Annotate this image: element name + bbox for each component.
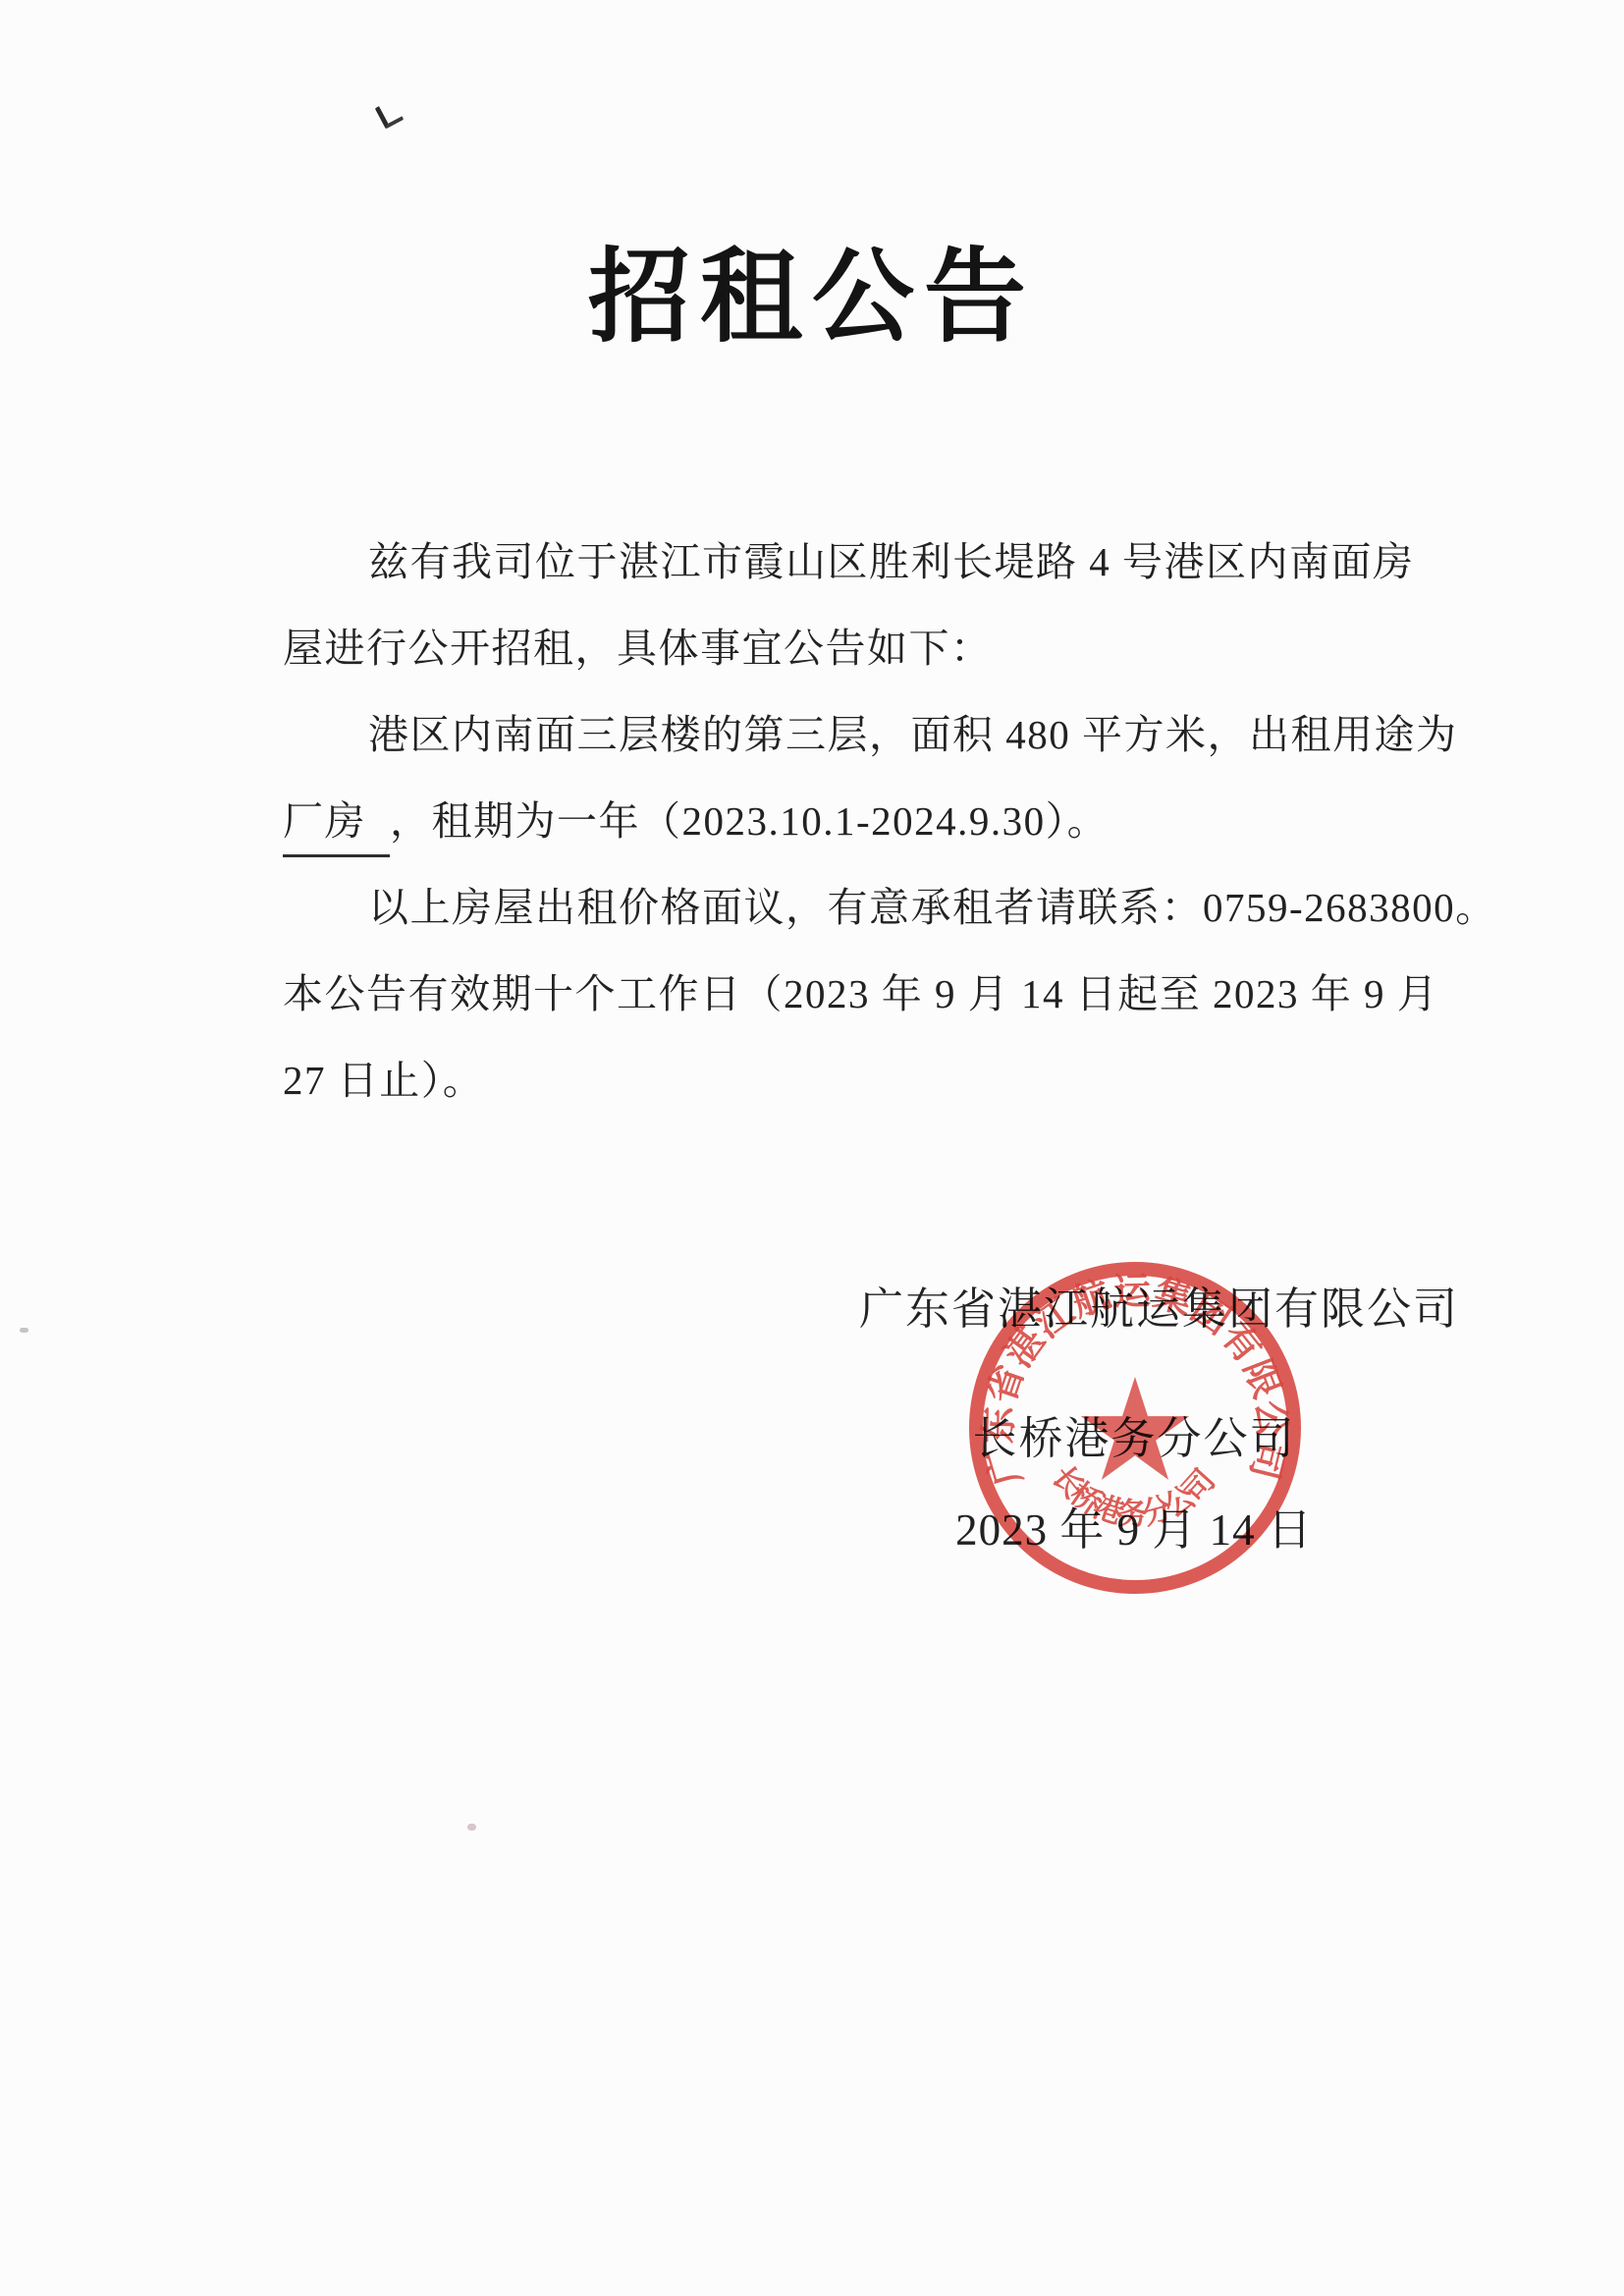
svg-text:长桥港务分公司: 长桥港务分公司 (1046, 1459, 1222, 1531)
body-line: 厂房，租期为一年（2023.10.1-2024.9.30）。 (283, 778, 1461, 864)
underlined-usage-term: 厂房 (283, 792, 390, 857)
body-line: 本公告有效期十个工作日（2023 年 9 月 14 日起至 2023 年 9 月 (283, 951, 1461, 1037)
body-line: 以上房屋出租价格面议，有意承租者请联系：0759-2683800。 (283, 864, 1461, 951)
document-page: 招租公告 兹有我司位于湛江市霞山区胜利长堤路 4 号港区内南面房 屋进行公开招租… (0, 0, 1624, 2296)
company-seal-stamp: 广东省湛江航运集团有限公司 长桥港务分公司 (919, 1212, 1351, 1644)
stamp-graphic: 广东省湛江航运集团有限公司 长桥港务分公司 (976, 1269, 1294, 1587)
body-line: 屋进行公开招租，具体事宜公告如下： (283, 605, 1461, 691)
scan-artifact-mark (375, 98, 405, 129)
scan-artifact-dot (467, 1824, 476, 1831)
body-line: 兹有我司位于湛江市霞山区胜利长堤路 4 号港区内南面房 (283, 519, 1461, 605)
page-title: 招租公告 (0, 214, 1624, 361)
stamp-bottom-text: 长桥港务分公司 (1046, 1459, 1222, 1531)
body-line: 港区内南面三层楼的第三层，面积 480 平方米，出租用途为 (283, 691, 1461, 778)
body-line-text: ，租期为一年（2023.10.1-2024.9.30）。 (390, 798, 1109, 844)
body-line: 27 日止）。 (283, 1037, 1461, 1123)
document-body: 兹有我司位于湛江市霞山区胜利长堤路 4 号港区内南面房 屋进行公开招租，具体事宜… (283, 519, 1461, 1123)
scan-artifact-dot (20, 1328, 28, 1333)
star-icon (1081, 1377, 1189, 1480)
